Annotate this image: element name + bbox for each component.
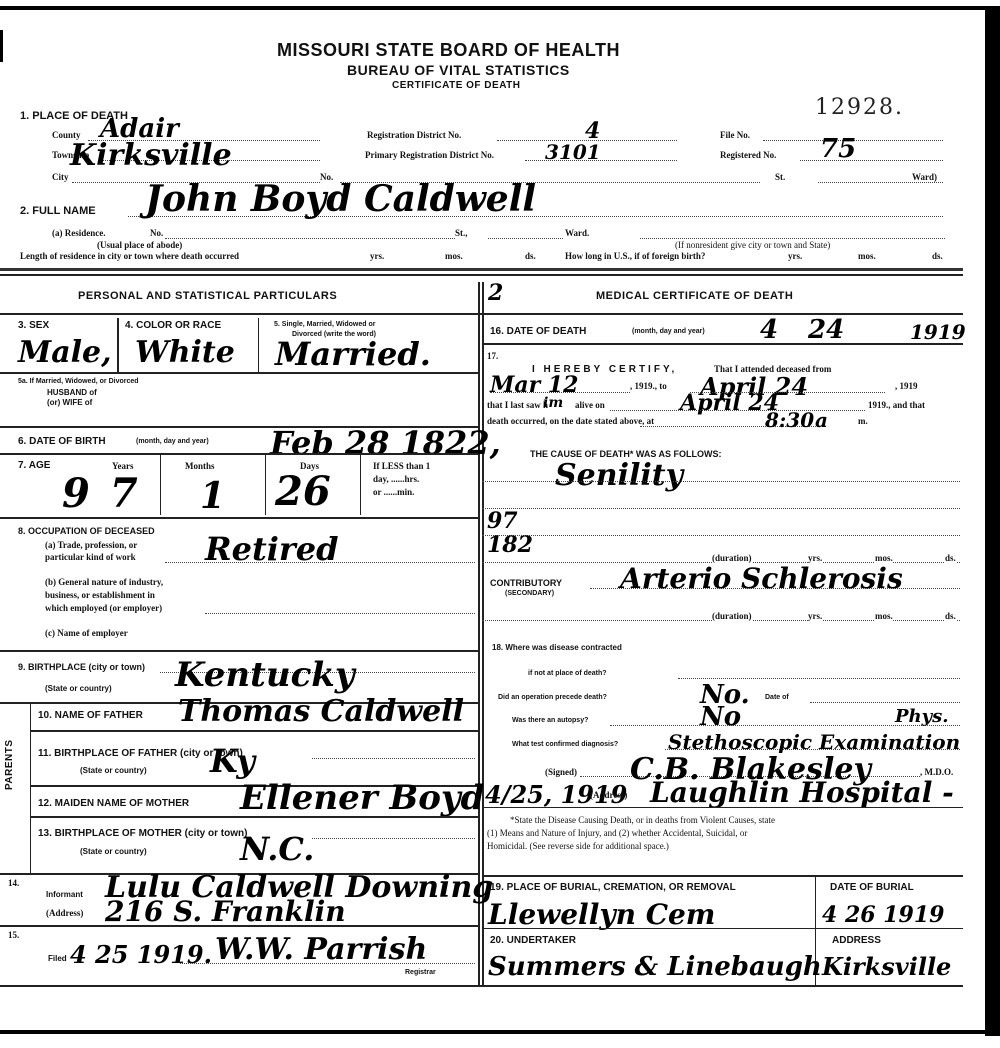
duration-ds-2: ds. <box>945 611 956 621</box>
mother-name-label: 12. MAIDEN NAME OF MOTHER <box>38 798 189 809</box>
dob-label: 6. DATE OF BIRTH <box>18 436 106 447</box>
undertaker-label: 20. UNDERTAKER <box>490 935 576 946</box>
physician-address-label: (Address) <box>590 790 627 800</box>
test-label: What test confirmed diagnosis? <box>512 741 618 748</box>
time-of-death: 8:30 <box>765 408 814 432</box>
signed-label: (Signed) <box>545 767 577 777</box>
secondary-label: (SECONDARY) <box>505 590 554 597</box>
autopsy-value: No <box>700 702 741 732</box>
time-m-label: m. <box>858 416 868 426</box>
residence-no-label: No. <box>150 228 163 238</box>
certify-number: 17. <box>487 351 498 361</box>
foreign-yrs-label: yrs. <box>788 251 802 261</box>
occupation-c-label: (c) Name of employer <box>45 628 128 638</box>
mother-birthplace-label: 13. BIRTHPLACE OF MOTHER (city or town) <box>38 828 247 839</box>
months-label: Months <box>185 461 215 471</box>
residence-st-label: St., <box>455 228 468 238</box>
mother-birthplace-value: N.C. <box>240 830 314 868</box>
last-saw-year: 1919., and that <box>868 400 925 410</box>
parents-side-label: PARENTS <box>4 739 15 790</box>
form-title: MISSOURI STATE BOARD OF HEALTH <box>277 40 620 61</box>
sex-label: 3. SEX <box>18 320 49 331</box>
registrar-label: Registrar <box>405 969 436 976</box>
marital-value: Married. <box>275 335 431 373</box>
cause-value: Senility <box>555 458 683 493</box>
dod-sub: (month, day and year) <box>632 328 705 335</box>
duration-yrs-2: yrs. <box>808 611 822 621</box>
father-birthplace-sub: (State or country) <box>80 766 147 775</box>
informant-number: 14. <box>8 878 19 888</box>
filed-label: Filed <box>48 954 67 963</box>
full-name-value: John Boyd Caldwell <box>145 178 536 220</box>
duration-label-2: (duration) <box>712 611 752 621</box>
primary-reg-label: Primary Registration District No. <box>365 150 494 160</box>
dod-year: 1919 <box>910 320 966 344</box>
birthplace-sub: (State or country) <box>45 684 112 693</box>
file-no-label: File No. <box>720 130 750 140</box>
attended-from-year: , 1919., to <box>630 381 667 391</box>
less-than-label-2: day, ......hrs. <box>373 474 419 484</box>
registered-no-value: 75 <box>820 134 856 164</box>
death-occurred-label: death occurred, on the date stated above… <box>487 416 654 426</box>
form-subtitle: BUREAU OF VITAL STATISTICS <box>347 62 570 78</box>
occupation-value: Retired <box>205 530 338 568</box>
cause-note-1: 97 <box>487 508 518 534</box>
reg-district-label: Registration District No. <box>367 130 461 140</box>
autopsy-label: Was there an autopsy? <box>512 717 588 724</box>
physician-address-value: Laughlin Hospital - <box>650 776 954 809</box>
foreign-birth-label: How long in U.S., if of foreign birth? <box>565 251 705 261</box>
dob-sub: (month, day and year) <box>136 438 209 445</box>
dob-value: Feb 28 1822, <box>270 424 501 462</box>
informant-address-label: (Address) <box>46 908 83 918</box>
undertaker-address-label: ADDRESS <box>832 935 881 946</box>
father-birthplace-value: Ky <box>210 742 255 780</box>
registrar-signature: W.W. Parrish <box>215 932 427 967</box>
undertaker-value: Summers & Linebaugh <box>488 952 822 982</box>
footnote-line-3: Homicidal. (See reverse side for additio… <box>487 841 669 851</box>
informant-address-value: 216 S. Franklin <box>105 895 346 928</box>
contracted-label: 18. Where was disease contracted <box>492 643 622 652</box>
last-saw-label: that I last saw h <box>487 400 548 410</box>
length-yrs-label: yrs. <box>370 251 384 261</box>
residence-label: (a) Residence. <box>52 228 106 238</box>
length-residence-label: Length of residence in city or town wher… <box>20 251 239 261</box>
father-name-value: Thomas Caldwell <box>178 694 464 729</box>
spouse-label-1: 5a. If Married, Widowed, or Divorced <box>18 378 139 385</box>
burial-date-label: DATE OF BURIAL <box>830 882 914 893</box>
race-label: 4. COLOR OR RACE <box>125 320 221 331</box>
full-name-label: 2. FULL NAME <box>20 205 96 217</box>
occupation-label: 8. OCCUPATION OF DECEASED <box>18 526 155 536</box>
township-value: Kirksville <box>70 138 232 173</box>
nonresident-note: (If nonresident give city or town and St… <box>675 240 830 250</box>
last-saw-pronoun: im <box>543 395 563 411</box>
age-label: 7. AGE <box>18 460 50 471</box>
scan-border-left <box>0 30 3 62</box>
length-ds-label: ds. <box>525 251 536 261</box>
age-months-value: 1 <box>200 475 225 517</box>
occupation-a-label-2: particular kind of work <box>45 552 136 562</box>
scan-border-bottom <box>0 1030 1000 1034</box>
contributory-label: CONTRIBUTORY <box>490 578 562 588</box>
usual-abode-label: (Usual place of abode) <box>97 240 182 250</box>
length-mos-label: mos. <box>445 251 463 261</box>
scan-border-top <box>0 6 1000 10</box>
age-days-value: 26 <box>275 468 331 515</box>
filed-date-value: 4 25 1919. <box>70 940 212 969</box>
occupation-b-label-1: (b) General nature of industry, <box>45 577 163 587</box>
less-than-label-1: If LESS than 1 <box>373 461 430 471</box>
date-of-label: Date of <box>765 694 789 701</box>
mother-birthplace-sub: (State or country) <box>80 847 147 856</box>
registered-no-label: Registered No. <box>720 150 776 160</box>
city-st-label: St. <box>775 172 785 182</box>
contributory-value: Arterio Schlerosis <box>620 562 903 595</box>
primary-reg-value: 3101 <box>545 140 601 164</box>
form-subsubtitle: CERTIFICATE OF DEATH <box>392 80 521 91</box>
age-years-value: 97 <box>62 470 158 517</box>
undertaker-address-value: Kirksville <box>822 952 951 981</box>
not-at-place-label: if not at place of death? <box>528 670 607 677</box>
father-name-label: 10. NAME OF FATHER <box>38 710 143 721</box>
informant-label: Informant <box>46 890 83 899</box>
dod-month: 4 <box>760 315 778 345</box>
birthplace-label: 9. BIRTHPLACE (city or town) <box>18 662 145 672</box>
foreign-ds-label: ds. <box>932 251 943 261</box>
attended-to-year: , 1919 <box>895 381 918 391</box>
city-ward-label: Ward) <box>912 172 937 182</box>
race-value: White <box>135 335 235 370</box>
time-ampm: a <box>815 408 828 432</box>
occupation-b-label-3: which employed (or employer) <box>45 603 162 613</box>
spouse-label-2: HUSBAND of <box>47 388 97 397</box>
residence-ward-label: Ward. <box>565 228 589 238</box>
operation-label: Did an operation precede death? <box>498 694 607 701</box>
footnote-line-1: *State the Disease Causing Death, or in … <box>510 815 775 825</box>
autopsy-extra: Phys. <box>895 706 948 727</box>
less-than-label-3: or ......min. <box>373 487 414 497</box>
scan-border-right <box>985 6 1000 1036</box>
cause-note-2: 182 <box>487 532 533 558</box>
footnote-line-2: (1) Means and Nature of Injury, and (2) … <box>487 828 747 838</box>
spouse-label-3: (or) WIFE of <box>47 398 92 407</box>
alive-on-label: alive on <box>575 400 605 410</box>
personal-section-title: PERSONAL AND STATISTICAL PARTICULARS <box>78 290 337 302</box>
burial-date-value: 4 26 1919 <box>822 902 944 928</box>
marital-label: 5. Single, Married, Widowed or <box>274 321 375 328</box>
medical-section-title: MEDICAL CERTIFICATE OF DEATH <box>596 290 793 302</box>
burial-place-label: 19. PLACE OF BURIAL, CREMATION, OR REMOV… <box>490 882 736 893</box>
occupation-b-label-2: business, or establishment in <box>45 590 155 600</box>
mother-name-value: Ellener Boyd <box>240 778 484 818</box>
filed-number: 15. <box>8 930 19 940</box>
city-label: City <box>52 172 69 182</box>
certificate-number: 12928. <box>815 95 904 120</box>
foreign-mos-label: mos. <box>858 251 876 261</box>
test-value: Stethoscopic Examination <box>668 730 960 754</box>
duration-mos-2: mos. <box>875 611 893 621</box>
sex-value: Male, <box>18 335 112 370</box>
section-mark: 2 <box>488 280 503 306</box>
duration-ds-1: ds. <box>945 553 956 563</box>
attended-from-value: Mar 12 <box>490 372 578 398</box>
burial-place-value: Llewellyn Cem <box>488 898 715 931</box>
dod-label: 16. DATE OF DEATH <box>490 326 586 337</box>
occupation-a-label-1: (a) Trade, profession, or <box>45 540 137 550</box>
birthplace-value: Kentucky <box>175 655 355 695</box>
dod-day: 24 <box>808 315 844 345</box>
